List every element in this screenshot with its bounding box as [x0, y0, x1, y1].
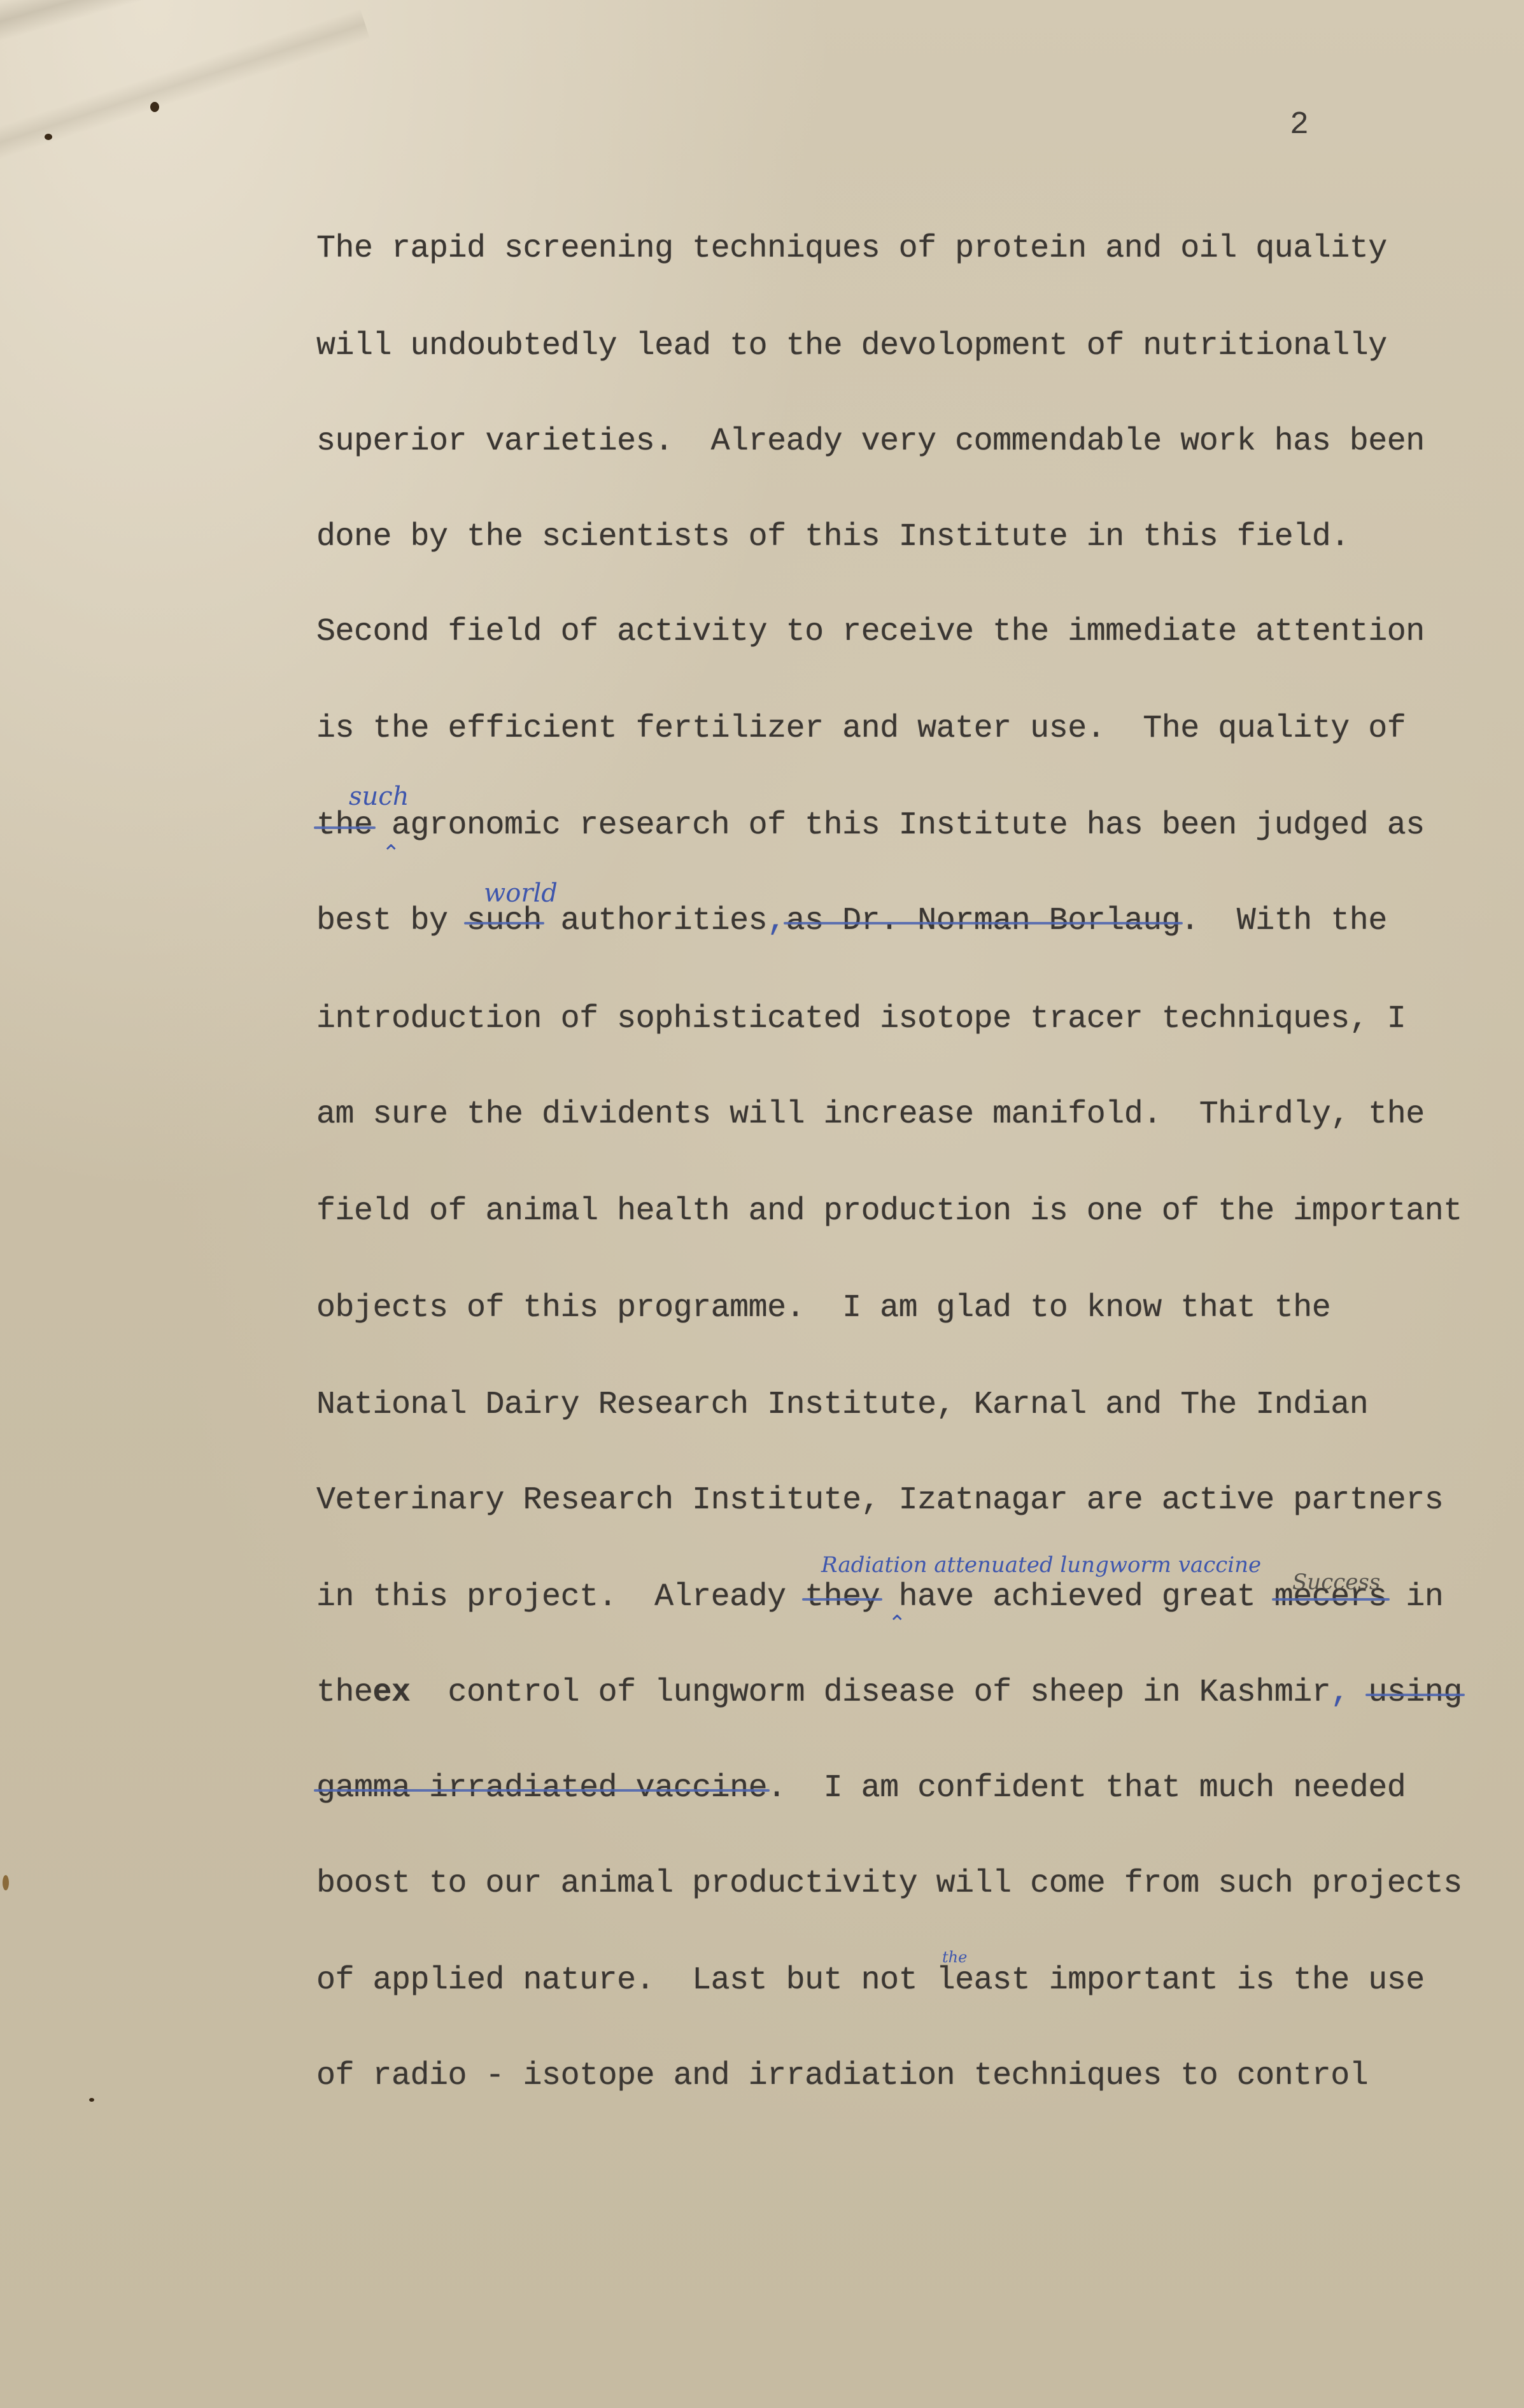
line-text: the: [316, 1675, 373, 1711]
body-line: The rapid screening techniques of protei…: [316, 230, 1387, 267]
line-text: . I am confident that much needed: [767, 1770, 1406, 1806]
body-line: Veterinary Research Institute, Izatnagar…: [316, 1482, 1443, 1519]
handwritten-insertion: world: [484, 879, 558, 908]
line-text: authorities: [542, 903, 767, 939]
line-text: best by: [316, 903, 467, 939]
body-line: introduction of sophisticated isotope tr…: [316, 1001, 1406, 1037]
staple-hole: [45, 134, 52, 140]
body-line: is the efficient fertilizer and water us…: [316, 711, 1406, 747]
handwritten-insertion: such: [349, 782, 409, 811]
body-line-edited: theex control of lungworm disease of she…: [316, 1675, 1462, 1711]
handwritten-comma: ,: [767, 903, 786, 939]
line-text: . With the: [1180, 903, 1387, 939]
line-text: agronomic research of this Institute has…: [373, 807, 1425, 844]
line-text: in this project. Already: [316, 1579, 805, 1615]
struck-text: using: [1368, 1675, 1462, 1711]
struck-text: such: [467, 903, 542, 939]
struck-text: as Dr. Norman Borlaug: [786, 903, 1181, 939]
body-line: will undoubtedly lead to the devolopment…: [316, 328, 1387, 364]
body-line: of radio - isotope and irradiation techn…: [316, 2058, 1368, 2094]
body-line: boost to our animal productivity will co…: [316, 1866, 1462, 1902]
caret-mark: ⌃: [888, 1611, 907, 1636]
body-line: Second field of activity to receive the …: [316, 614, 1425, 650]
body-line-edited: the agronomic research of this Institute…: [316, 807, 1425, 844]
line-text: have achieved great: [880, 1579, 1274, 1615]
page-number: 2: [1290, 107, 1309, 143]
struck-text: the: [316, 807, 373, 844]
body-line-edited: gamma irradiated vaccine. I am confident…: [316, 1770, 1406, 1806]
body-line: of applied nature. Last but not least im…: [316, 1962, 1425, 1999]
paper-fold-shadow: [0, 9, 370, 177]
overstruck-text: ex: [373, 1675, 411, 1711]
body-line: superior varieties. Already very commend…: [316, 423, 1425, 460]
handwritten-insertion: the: [942, 1948, 967, 1966]
stain-mark: [3, 1875, 9, 1890]
body-line: National Dairy Research Institute, Karna…: [316, 1387, 1368, 1423]
body-line: done by the scientists of this Institute…: [316, 519, 1350, 555]
handwritten-insertion: Success: [1292, 1569, 1380, 1595]
body-line-edited: in this project. Already they have achie…: [316, 1579, 1443, 1615]
line-text: in: [1387, 1579, 1444, 1615]
caret-mark: ⌃: [382, 840, 400, 866]
struck-text: gamma irradiated vaccine: [316, 1770, 767, 1806]
body-line: field of animal health and production is…: [316, 1193, 1462, 1229]
struck-text: they: [805, 1579, 880, 1615]
body-line: am sure the dividents will increase mani…: [316, 1096, 1425, 1133]
handwritten-comma: ,: [1330, 1675, 1350, 1711]
handwritten-insertion: Radiation attenuated lungworm vaccine: [821, 1552, 1261, 1578]
line-text: [1350, 1675, 1369, 1711]
staple-hole: [150, 102, 159, 112]
body-line: objects of this programme. I am glad to …: [316, 1290, 1330, 1326]
body-line-edited: best by such authorities,as Dr. Norman B…: [316, 903, 1387, 939]
line-text: control of lungworm disease of sheep in …: [411, 1675, 1331, 1711]
stain-mark: [89, 2098, 94, 2102]
